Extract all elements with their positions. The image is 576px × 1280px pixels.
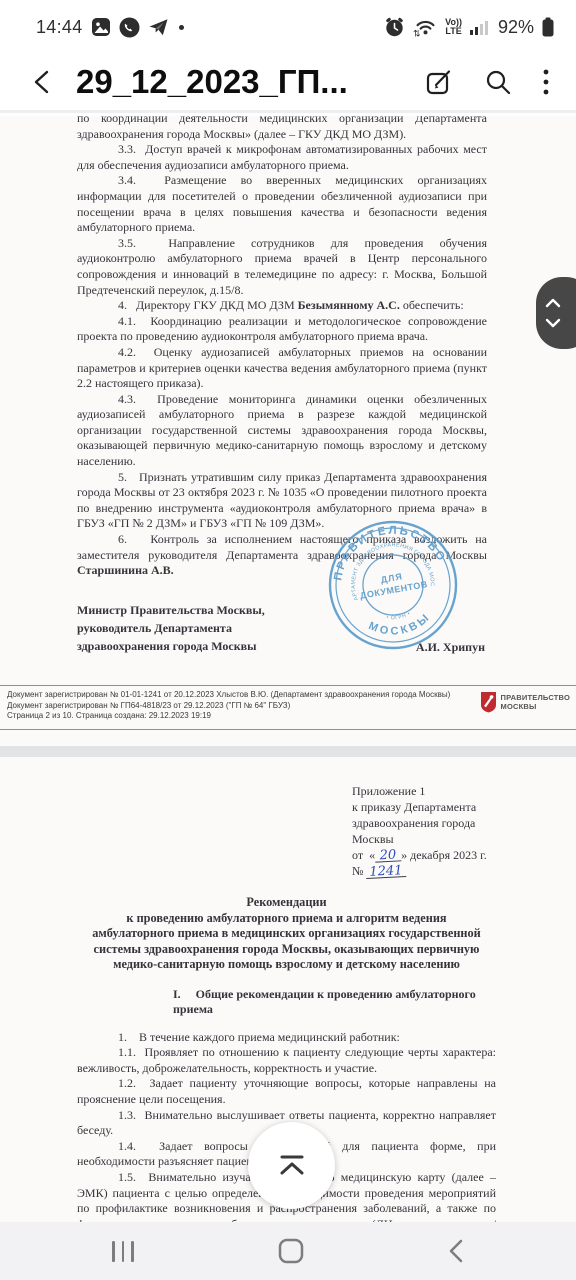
doc-paragraph: 3.4. Размещение во вверенных медицинских… bbox=[77, 173, 487, 235]
document-title: 29_12_2023_ГП... bbox=[76, 63, 348, 101]
doc-paragraph: по координации деятельности медицинских … bbox=[77, 116, 487, 142]
battery-percent: 92% bbox=[498, 17, 534, 38]
recommendations-title: Рекомендации к проведению амбулаторного … bbox=[77, 895, 496, 973]
emblem-caption: ПРАВИТЕЛЬСТВО bbox=[501, 693, 570, 702]
appendix-date-line: от «20» декабря 2023 г. № 1241 bbox=[352, 847, 496, 879]
doc-paragraph: 4. Директору ГКУ ДКД МО ДЗМ Безымянному … bbox=[77, 298, 487, 314]
appendix-line: к приказу Департамента bbox=[352, 799, 496, 815]
stamp-center-line2: ДОКУМЕНТОВ bbox=[359, 579, 428, 601]
back-icon bbox=[30, 67, 54, 97]
doc-paragraph: 3.3. Доступ врачей к микрофонам автомати… bbox=[77, 142, 487, 173]
signal-icon bbox=[470, 18, 490, 36]
scroll-to-top-button[interactable] bbox=[248, 1122, 335, 1209]
recents-button[interactable] bbox=[112, 1241, 134, 1262]
back-nav-button[interactable] bbox=[448, 1238, 464, 1264]
more-notifications-dot bbox=[179, 25, 184, 30]
chevron-up-icon[interactable] bbox=[545, 298, 561, 308]
status-bar: 14:44 ⇅ Vo)) LTE bbox=[0, 0, 576, 54]
doc-paragraph: 4.3. Проведение мониторинга динамики оце… bbox=[77, 392, 487, 470]
chevron-down-icon[interactable] bbox=[545, 318, 561, 328]
appendix-line: Приложение 1 bbox=[352, 783, 496, 799]
battery-icon bbox=[542, 17, 554, 37]
call-icon bbox=[119, 17, 140, 38]
doc-paragraph: 1.2. Задает пациенту уточняющие вопросы,… bbox=[77, 1076, 496, 1107]
document-page-1: по координации деятельности медицинских … bbox=[0, 116, 576, 746]
recents-icon bbox=[112, 1241, 134, 1262]
document-viewer[interactable]: по координации деятельности медицинских … bbox=[0, 116, 576, 1222]
edit-button[interactable] bbox=[424, 67, 454, 97]
emblem-caption: МОСКВЫ bbox=[501, 702, 570, 711]
svg-text:⇅: ⇅ bbox=[413, 30, 421, 38]
navigation-bar bbox=[0, 1222, 576, 1280]
handwritten-day: 20 bbox=[375, 849, 402, 862]
telegram-icon bbox=[148, 17, 169, 37]
scroll-top-icon bbox=[275, 1153, 309, 1179]
page-scroll-widget[interactable] bbox=[536, 277, 576, 349]
search-button[interactable] bbox=[484, 68, 512, 96]
appendix-line: здравоохранения города Москвы bbox=[352, 815, 496, 847]
signatory-title: руководитель Департамента bbox=[77, 619, 265, 637]
doc-paragraph: 5. Признать утратившим силу приказ Депар… bbox=[77, 470, 487, 532]
signature-block: Министр Правительства Москвы, руководите… bbox=[77, 601, 487, 655]
volte-indicator: Vo)) LTE bbox=[445, 18, 462, 36]
registration-footer: Документ зарегистрирован № 01-01-1241 от… bbox=[0, 685, 576, 730]
doc-paragraph: 1. В течение каждого приема медицинский … bbox=[77, 1030, 496, 1046]
signatory-name: А.И. Хрипун bbox=[416, 640, 485, 655]
signatory-title: здравоохранения города Москвы bbox=[77, 637, 265, 655]
handwritten-number: 1241 bbox=[366, 865, 407, 879]
alarm-icon bbox=[384, 17, 405, 38]
section-heading: I. Общие рекомендации к проведению амбул… bbox=[173, 987, 496, 1018]
home-icon bbox=[278, 1238, 304, 1264]
doc-paragraph: 1.1. Проявляет по отношению к пациенту с… bbox=[77, 1045, 496, 1076]
doc-paragraph: 4.1. Координацию реализации и методологи… bbox=[77, 314, 487, 345]
doc-paragraph: 4.2. Оценку аудиозаписей амбулаторных пр… bbox=[77, 345, 487, 392]
wifi-icon: ⇅ bbox=[413, 17, 437, 37]
gallery-icon bbox=[91, 17, 111, 37]
phone-screen: 14:44 ⇅ Vo)) LTE bbox=[0, 0, 576, 1280]
doc-paragraph: 6. Контроль за исполнением настоящего пр… bbox=[77, 532, 487, 579]
appendix-block: Приложение 1 к приказу Департамента здра… bbox=[352, 783, 496, 879]
overflow-menu-button[interactable] bbox=[542, 68, 550, 96]
search-icon bbox=[484, 68, 512, 96]
moscow-coat-of-arms-icon bbox=[480, 691, 497, 713]
back-nav-icon bbox=[448, 1238, 464, 1264]
edit-icon bbox=[424, 67, 454, 97]
overflow-icon bbox=[542, 68, 550, 96]
app-header: 29_12_2023_ГП... bbox=[0, 54, 576, 113]
back-button[interactable] bbox=[30, 67, 54, 97]
moscow-government-emblem: ПРАВИТЕЛЬСТВО МОСКВЫ bbox=[480, 691, 570, 713]
signatory-title: Министр Правительства Москвы, bbox=[77, 601, 265, 619]
home-button[interactable] bbox=[278, 1238, 304, 1264]
doc-paragraph: 3.5. Направление сотрудников для проведе… bbox=[77, 236, 487, 298]
clock: 14:44 bbox=[36, 17, 83, 38]
